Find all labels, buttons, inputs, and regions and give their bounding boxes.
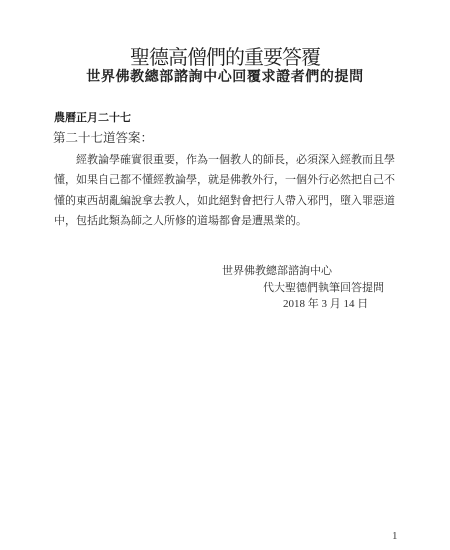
document-page: 聖德高僧們的重要答覆 世界佛教總部諮詢中心回覆求證者們的提問 農曆正月二十七 第… [0, 0, 450, 550]
document-subtitle: 世界佛教總部諮詢中心回覆求證者們的提問 [0, 66, 450, 86]
signature-date: 2018 年 3 月 14 日 [283, 295, 368, 311]
date-heading: 農曆正月二十七 [54, 109, 131, 125]
signature-org: 世界佛教總部諮詢中心 [222, 262, 332, 278]
signature-role: 代大聖德們執筆回答提問 [263, 279, 384, 295]
answer-heading: 第二十七道答案： [53, 128, 153, 146]
page-number: 1 [392, 530, 398, 542]
body-paragraph: 經教論學確實很重要，作為一個教人的師長，必須深入經教而且學懂，如果自己都不懂經教… [54, 150, 395, 231]
